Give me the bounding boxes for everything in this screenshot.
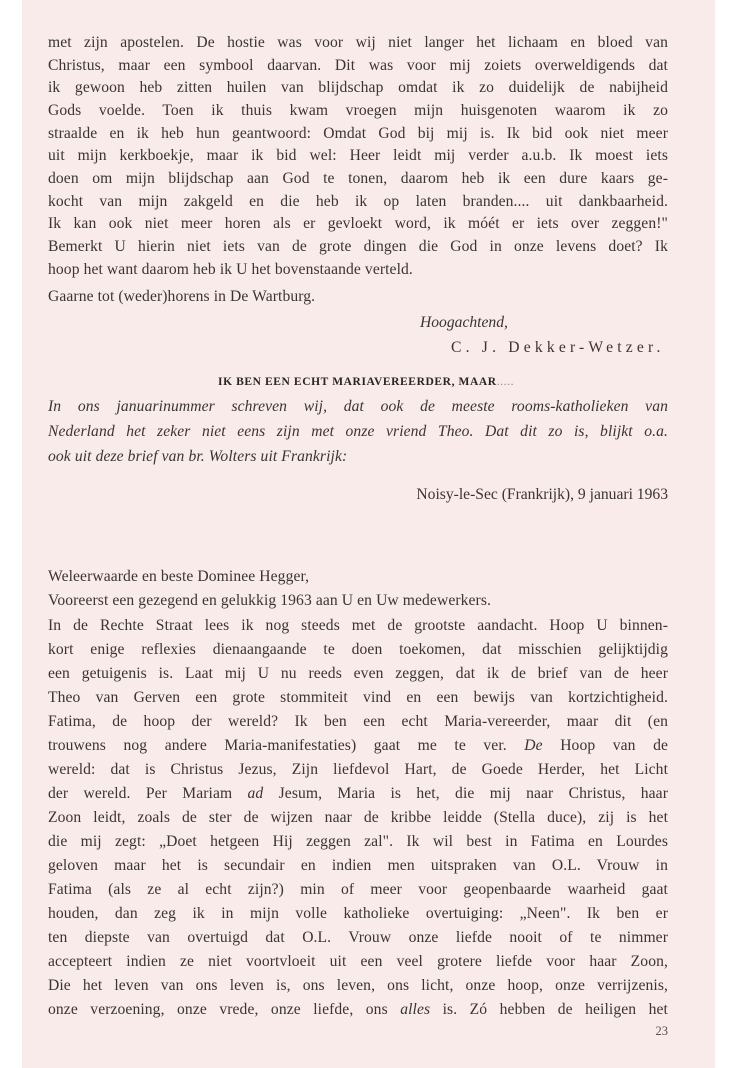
intro-line: Nederland het zeker niet eens zijn met o… — [48, 422, 668, 442]
intro-line: In ons januarinummer schreven wij, dat o… — [48, 397, 668, 417]
text-line: accepteert indien ze niet voortvloeit ui… — [48, 952, 668, 972]
text-line: Zoon leidt, zoals de ster de wijzen naar… — [48, 808, 668, 828]
signature: C. J. Dekker-Wetzer. — [451, 338, 665, 358]
text-line: geloven maar het is secundair en indien … — [48, 856, 668, 876]
text-fragment: is. Zó hebben de heiligen het — [430, 1001, 668, 1018]
place-date: Noisy-le-Sec (Frankrijk), 9 januari 1963 — [416, 485, 668, 505]
italic-fragment: De — [524, 737, 542, 754]
text-line: Fatima, de hoop der wereld? Ik ben een e… — [48, 712, 668, 732]
text-line: onze verzoening, onze vrede, onze liefde… — [48, 1000, 668, 1020]
text-line: Theo van Gerven een grote stommiteit vin… — [48, 688, 668, 708]
text-line: Die het leven van ons leven is, ons leve… — [48, 976, 668, 996]
text-fragment: onze verzoening, onze vrede, onze liefde… — [48, 1001, 400, 1018]
text-line: uit mijn kerkboekje, maar ik bid wel: He… — [48, 146, 668, 166]
heading-dots: ..... — [497, 376, 514, 388]
text-line: trouwens nog andere Maria-manifestaties)… — [48, 736, 668, 756]
text-line: Gods voelde. Toen ik thuis kwam vroegen … — [48, 101, 668, 121]
text-line: doen om mijn blijdschap aan God te tonen… — [48, 169, 668, 189]
text-line: Christus, maar een symbool daarvan. Dit … — [48, 56, 668, 76]
section-heading: IK BEN EEN ECHT MARIAVEREERDER, MAAR....… — [218, 374, 668, 390]
text-line: hoop het want daarom heb ik U het bovens… — [48, 260, 668, 280]
text-fragment: der wereld. Per Mariam — [48, 785, 248, 802]
text-line: In de Rechte Straat lees ik nog steeds m… — [48, 616, 668, 636]
text-line: ik gewoon heb zitten huilen van blijdsch… — [48, 78, 668, 98]
text-line: met zijn apostelen. De hostie was voor w… — [48, 33, 668, 53]
text-line: Fatima (als ze al echt zijn?) min of mee… — [48, 880, 668, 900]
text-line: houden, dan zeg ik in mijn volle katholi… — [48, 904, 668, 924]
text-line: Bemerkt U hierin niet iets van de grote … — [48, 237, 668, 257]
closing-line: Gaarne tot (weder)horens in De Wartburg. — [48, 287, 668, 307]
greeting: Weleerwaarde en beste Dominee Hegger, — [48, 567, 668, 587]
text-line: straalde en ik heb hun geantwoord: Omdat… — [48, 124, 668, 144]
text-fragment: Jesum, Maria is het, die mij naar Christ… — [263, 785, 668, 802]
wishes-line: Vooreerst een gezegend en gelukkig 1963 … — [48, 591, 668, 611]
italic-fragment: ad — [248, 785, 264, 802]
intro-line: ook uit deze brief van br. Wolters uit F… — [48, 447, 668, 467]
text-fragment: trouwens nog andere Maria-manifestaties)… — [48, 737, 524, 754]
text-line: kort enige reflexies dienaangaande te do… — [48, 640, 668, 660]
heading-text: IK BEN EEN ECHT MARIAVEREERDER, MAAR — [218, 376, 497, 388]
italic-fragment: alles — [400, 1001, 430, 1018]
salutation: Hoogachtend, — [420, 313, 508, 333]
text-line: wereld: dat is Christus Jezus, Zijn lief… — [48, 760, 668, 780]
page-number: 23 — [640, 1024, 668, 1039]
text-line: die mij zegt: „Doet hetgeen Hij zeggen z… — [48, 832, 668, 852]
text-line: der wereld. Per Mariam ad Jesum, Maria i… — [48, 784, 668, 804]
text-fragment: Hoop van de — [543, 737, 668, 754]
text-line: een getuigenis is. Laat mij U nu reeds e… — [48, 664, 668, 684]
text-line: kocht van mijn zakgeld en die heb ik op … — [48, 192, 668, 212]
text-line: Ik kan ook niet meer horen als er gevloe… — [48, 214, 668, 234]
text-line: ten diepste van overtuigd dat O.L. Vrouw… — [48, 928, 668, 948]
